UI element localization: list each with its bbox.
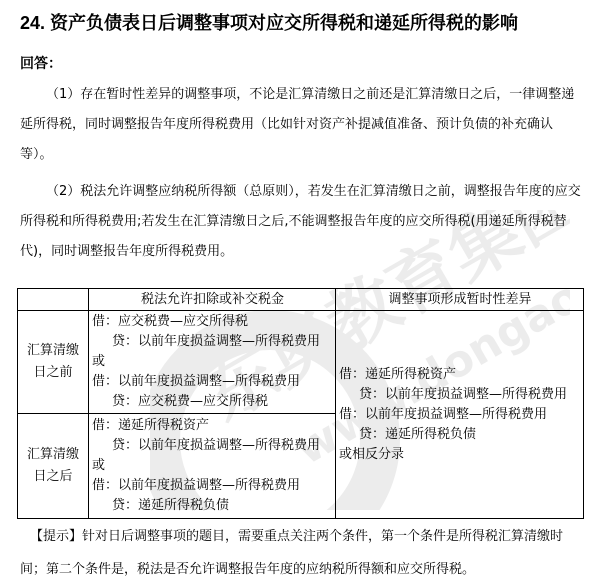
entry-line: 借：以前年度损益调整—所得税费用 bbox=[339, 405, 581, 425]
entry-line: 借：递延所得税资产 bbox=[92, 416, 333, 436]
paragraph-1-text: （1）存在暂时性差异的调整事项，不论是汇算清缴日之前还是汇算清缴日之后，一律调整… bbox=[20, 87, 574, 162]
header-tax-deductible: 税法允许扣除或补交税金 bbox=[89, 289, 336, 311]
header-empty bbox=[18, 289, 89, 311]
tip-paragraph: 【提示】针对日后调整事项的题目，需要重点关注两个条件，第一个条件是所得税汇算清缴… bbox=[20, 520, 585, 586]
entry-line: 借：递延所得税资产 bbox=[339, 365, 581, 385]
entry-line: 贷：递延所得税负债 bbox=[339, 425, 581, 445]
row-label-after: 汇算清缴日之后 bbox=[18, 414, 89, 519]
table-header-row: 税法允许扣除或补交税金 调整事项形成暂时性差异 bbox=[18, 289, 584, 311]
row-label-before: 汇算清缴日之前 bbox=[18, 311, 89, 414]
entry-line: 或相反分录 bbox=[339, 445, 581, 465]
paragraph-2-text: （2）税法允许调整应纳税所得额（总原则），若发生在汇算清缴日之前，调整报告年度的… bbox=[20, 184, 581, 259]
row-label-text: 汇算清缴日之前 bbox=[23, 340, 83, 384]
row-after-entries: 借：递延所得税资产 贷：以前年度损益调整—所得税费用 或 借：以前年度损益调整—… bbox=[89, 414, 336, 519]
answer-label: 回答： bbox=[20, 53, 62, 73]
entry-line: 贷：应交税费—应交所得税 bbox=[92, 392, 333, 412]
paragraph-1: （1）存在暂时性差异的调整事项，不论是汇算清缴日之前还是汇算清缴日之后，一律调整… bbox=[20, 80, 585, 170]
row-label-text: 汇算清缴日之后 bbox=[23, 444, 83, 488]
entry-line: 或 bbox=[92, 456, 333, 476]
entry-line: 贷：以前年度损益调整—所得税费用 bbox=[92, 332, 333, 352]
tip-text: 【提示】针对日后调整事项的题目，需要重点关注两个条件，第一个条件是所得税汇算清缴… bbox=[20, 529, 563, 577]
entry-line: 借：以前年度损益调整—所得税费用 bbox=[92, 476, 333, 496]
entry-line: 借：应交税费—应交所得税 bbox=[92, 312, 333, 332]
entry-line: 贷：以前年度损益调整—所得税费用 bbox=[339, 385, 581, 405]
entry-line: 贷：递延所得税负债 bbox=[92, 496, 333, 516]
comparison-table: 税法允许扣除或补交税金 调整事项形成暂时性差异 汇算清缴日之前 借：应交税费—应… bbox=[17, 288, 584, 519]
question-title: 24. 资产负债表日后调整事项对应交所得税和递延所得税的影响 bbox=[20, 9, 518, 35]
entry-line: 贷：以前年度损益调整—所得税费用 bbox=[92, 436, 333, 456]
table-row: 汇算清缴日之前 借：应交税费—应交所得税 贷：以前年度损益调整—所得税费用 或 … bbox=[18, 311, 584, 414]
entry-line: 或 bbox=[92, 352, 333, 372]
row-before-entries: 借：应交税费—应交所得税 贷：以前年度损益调整—所得税费用 或 借：以前年度损益… bbox=[89, 311, 336, 414]
paragraph-2: （2）税法允许调整应纳税所得额（总原则），若发生在汇算清缴日之前，调整报告年度的… bbox=[20, 177, 585, 267]
header-temporary-difference: 调整事项形成暂时性差异 bbox=[336, 289, 584, 311]
merged-temporary-difference-cell: 借：递延所得税资产 贷：以前年度损益调整—所得税费用 借：以前年度损益调整—所得… bbox=[336, 311, 584, 519]
entry-line: 借：以前年度损益调整—所得税费用 bbox=[92, 372, 333, 392]
